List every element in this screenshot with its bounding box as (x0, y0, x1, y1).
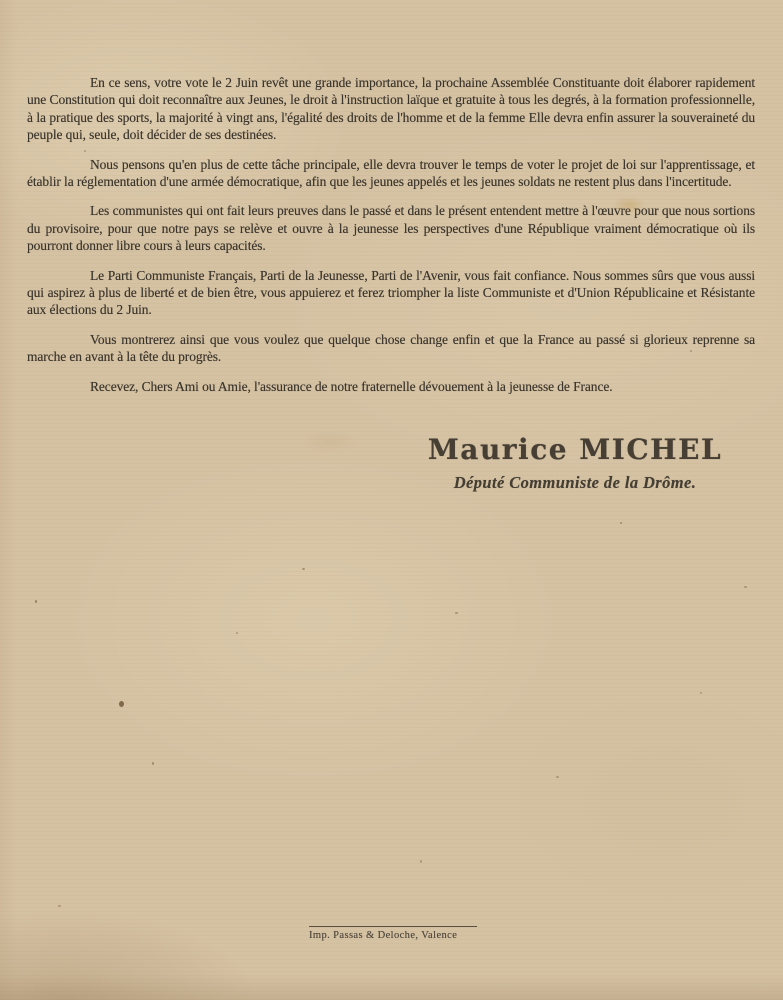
paper-speck (152, 762, 154, 765)
paper-speck (302, 568, 305, 570)
paragraph-salutation: Recevez, Chers Ami ou Amie, l'assurance … (27, 378, 755, 395)
paper-speck (700, 692, 702, 694)
paper-stain (300, 430, 360, 454)
paper-speck (119, 701, 124, 707)
paragraph-constitution: En ce sens, votre vote le 2 Juin revêt u… (27, 74, 755, 144)
printer-imprint-block: Imp. Passas & Deloche, Valence (309, 926, 479, 941)
paper-speck (744, 586, 747, 588)
paper-speck (455, 612, 458, 614)
paragraph-france-progres: Vous montrerez ainsi que vous voulez que… (27, 331, 755, 366)
paragraph-communistes: Les communistes qui ont fait leurs preuv… (27, 202, 755, 254)
paper-speck (236, 632, 238, 634)
paper-speck (420, 860, 422, 863)
paper-speck (35, 600, 37, 603)
signature-name: Maurice MICHEL (425, 433, 725, 466)
paper-speck (58, 905, 61, 907)
paragraph-parti-communiste: Le Parti Communiste Français, Parti de l… (27, 267, 755, 319)
printer-imprint-text: Imp. Passas & Deloche, Valence (309, 930, 479, 941)
signature-block: Maurice MICHEL Député Communiste de la D… (425, 433, 725, 493)
leaflet-body-text: En ce sens, votre vote le 2 Juin revêt u… (27, 74, 755, 407)
paragraph-apprentissage: Nous pensons qu'en plus de cette tâche p… (27, 156, 755, 191)
paper-speck (556, 776, 559, 778)
imprint-divider-rule (309, 926, 477, 927)
signature-title: Député Communiste de la Drôme. (425, 473, 725, 493)
scanned-leaflet-page: En ce sens, votre vote le 2 Juin revêt u… (0, 0, 783, 1000)
paper-speck (620, 522, 622, 524)
